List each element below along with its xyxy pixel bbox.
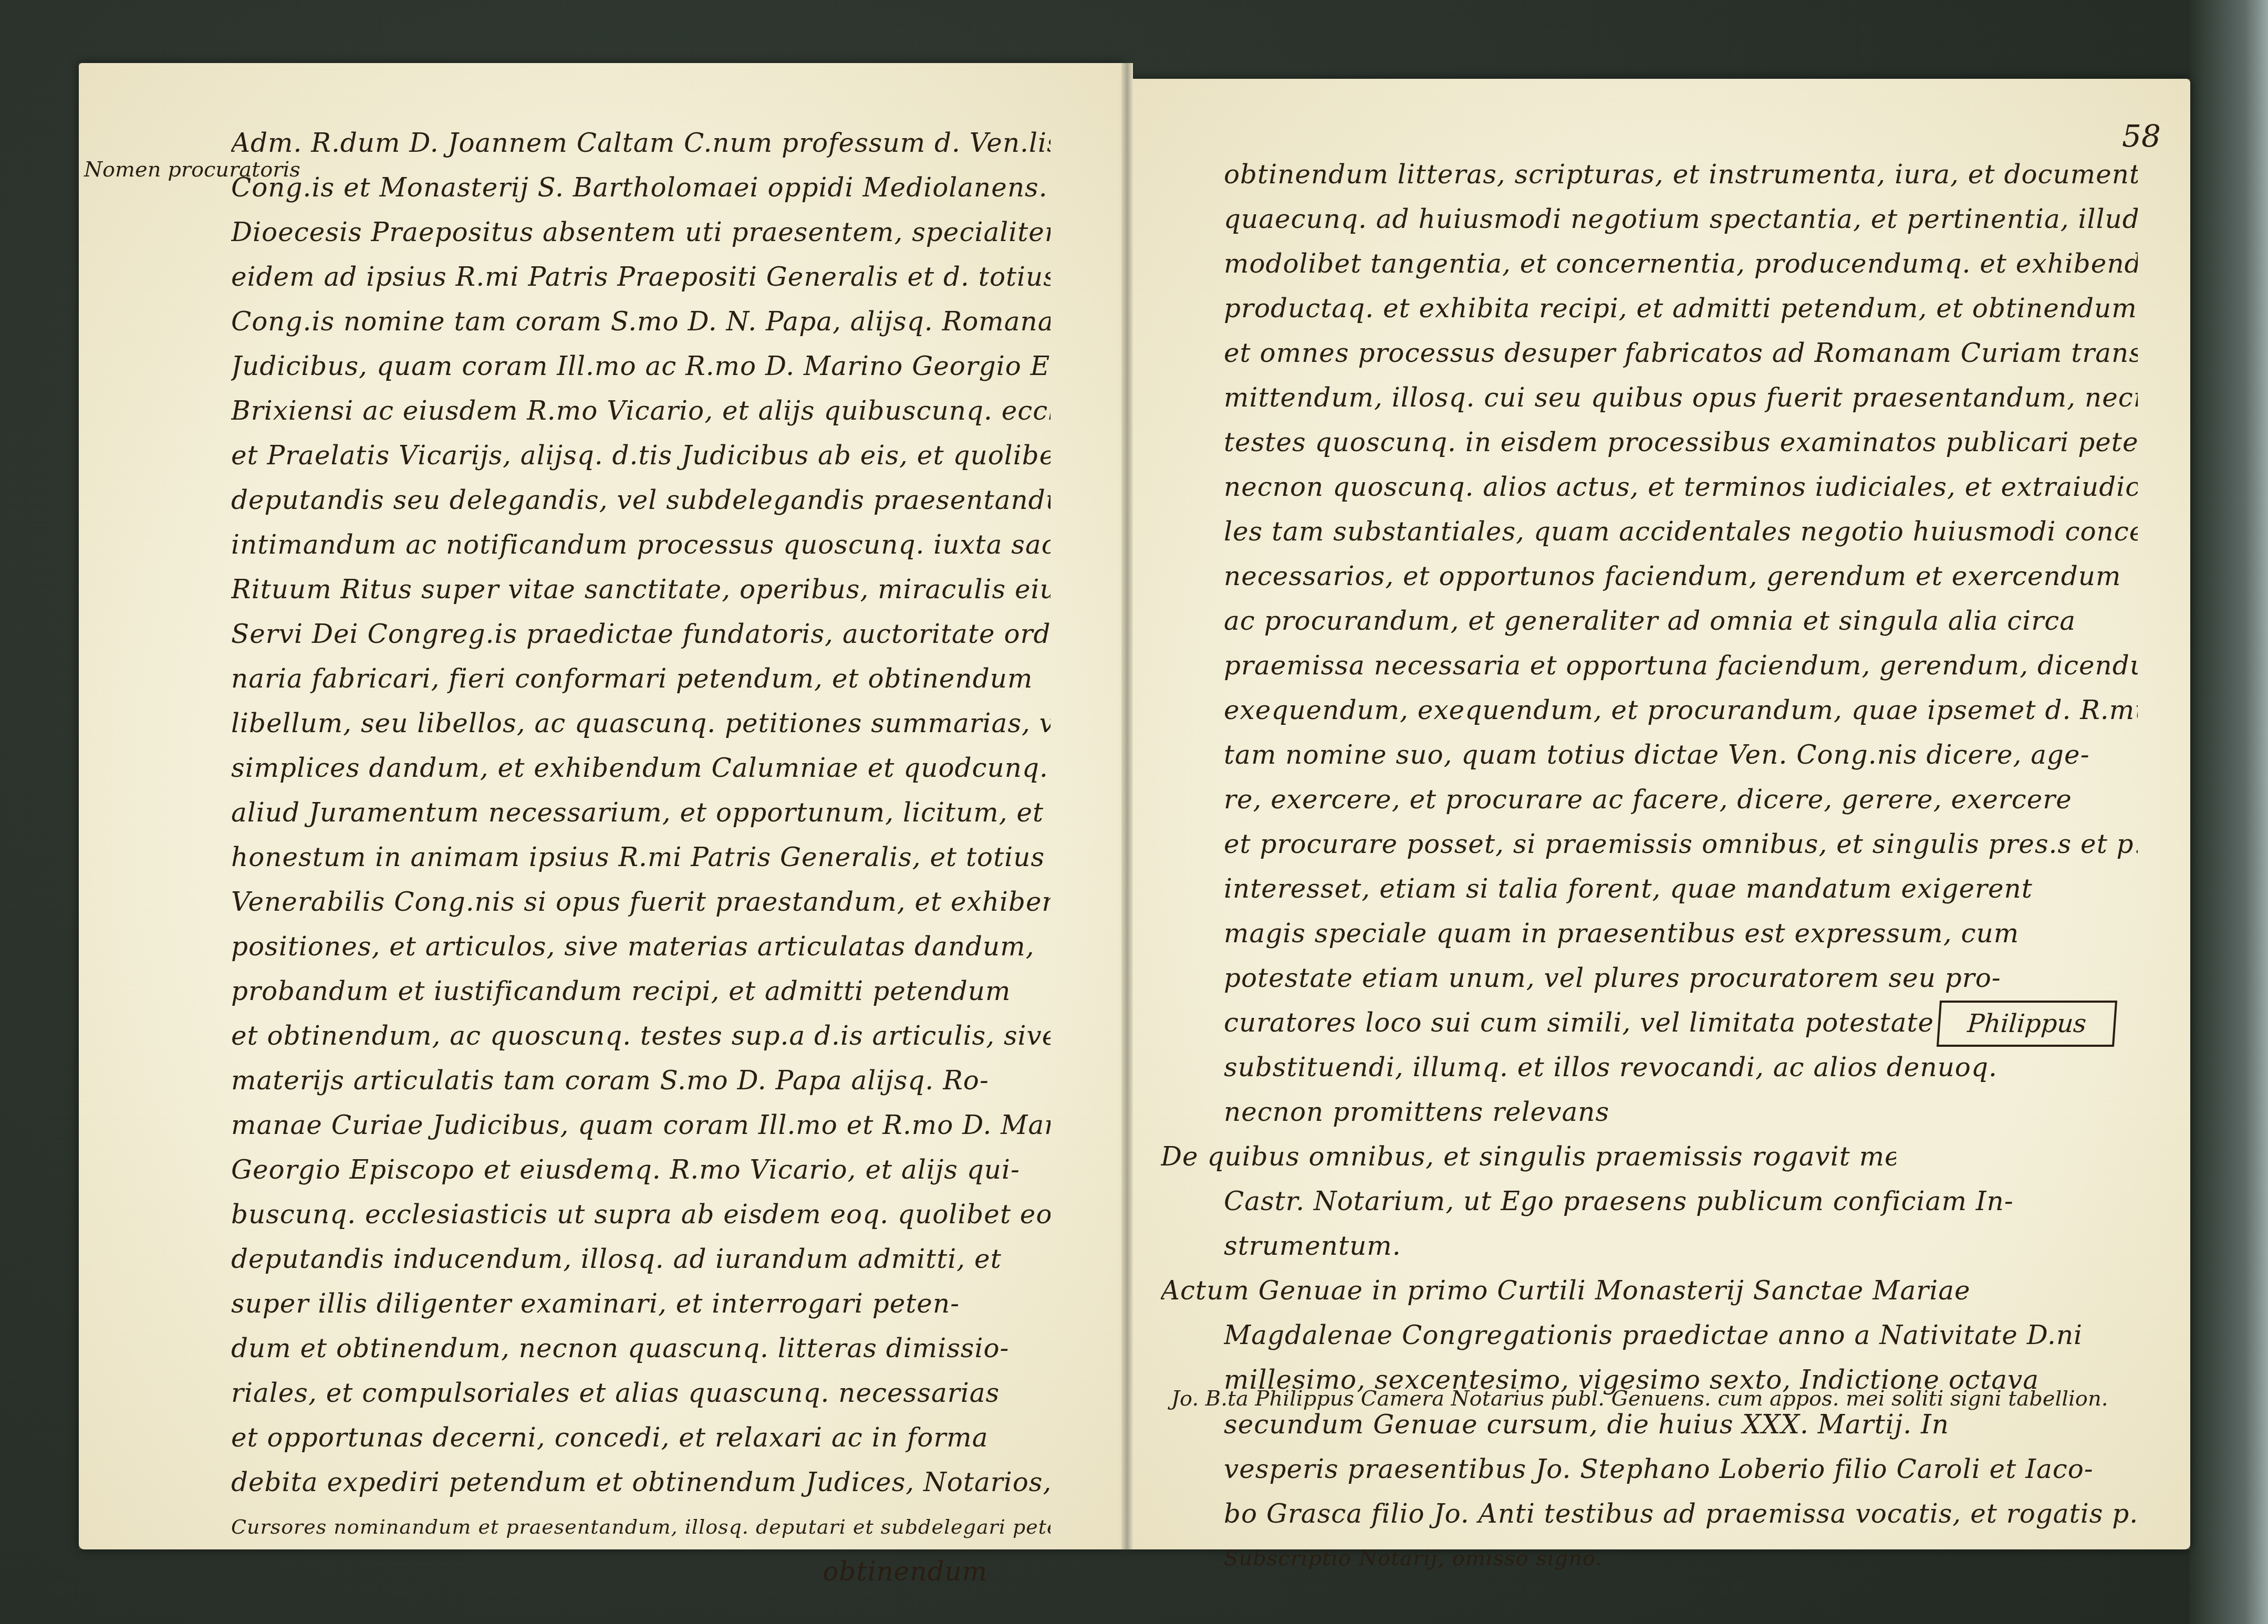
text-line: super illis diligenter examinari, et int… — [231, 1282, 1050, 1326]
text-line: necessarios, et opportunos faciendum, ge… — [1224, 554, 2138, 599]
text-line: productaq. et exhibita recipi, et admitt… — [1224, 286, 2138, 331]
text-line: Dioecesis Praepositus absentem uti praes… — [231, 210, 1050, 255]
text-line: et procurare posset, si praemissis omnib… — [1224, 822, 2138, 867]
text-line: intimandum ac notificandum processus quo… — [231, 523, 1050, 567]
text-line: re, exercere, et procurare ac facere, di… — [1224, 777, 2138, 822]
text-line: libellum, seu libellos, ac quascunq. pet… — [231, 701, 1050, 746]
text-line: Castr. Notarium, ut Ego praesens publicu… — [1224, 1179, 2138, 1224]
text-line: Subscriptio Notarij, omisso signo. — [1224, 1536, 2138, 1581]
right-page-text: obtinendum litteras, scripturas, et inst… — [1224, 152, 2138, 1581]
text-line: interesset, etiam si talia forent, quae … — [1224, 867, 2138, 911]
text-line: magis speciale quam in praesentibus est … — [1224, 911, 2138, 956]
text-line: et omnes processus desuper fabricatos ad… — [1224, 331, 2138, 376]
text-line: Actum Genuae in primo Curtili Monasterij… — [1161, 1268, 2138, 1313]
text-line: buscunq. ecclesiasticis ut supra ab eisd… — [231, 1192, 1050, 1237]
text-line: bo Grasca filio Jo. Anti testibus ad pra… — [1224, 1492, 2138, 1536]
text-line: Georgio Episcopo et eiusdemq. R.mo Vicar… — [231, 1148, 1050, 1192]
text-line: deputandis inducendum, illosq. ad iurand… — [231, 1237, 1050, 1282]
text-line: substituendi, illumq. et illos revocandi… — [1224, 1045, 2138, 1090]
text-line: et obtinendum, ac quoscunq. testes sup.a… — [231, 1014, 1050, 1058]
text-line: De quibus omnibus, et singulis praemissi… — [1161, 1134, 1896, 1179]
text-line: et opportunas decerni, concedi, et relax… — [231, 1415, 1050, 1460]
text-line: potestate etiam unum, vel plures procura… — [1224, 956, 2138, 1001]
text-line: Cong.is et Monasterij S. Bartholomaei op… — [231, 165, 1050, 210]
text-line: simplices dandum, et exhibendum Calumnia… — [231, 746, 1050, 790]
text-line: Cursores nominandum et praesentandum, il… — [231, 1505, 1050, 1549]
text-line: exequendum, exequendum, et procurandum, … — [1224, 688, 2138, 733]
text-line: obtinendum litteras, scripturas, et inst… — [1224, 152, 2138, 197]
text-line: Magdalenae Congregationis praedictae ann… — [1224, 1313, 2138, 1358]
text-line: necnon promittens relevans — [1224, 1090, 2138, 1134]
text-line: mittendum, illosq. cui seu quibus opus f… — [1224, 376, 2138, 420]
text-line: Cong.is nomine tam coram S.mo D. N. Papa… — [231, 299, 1050, 344]
text-line: Rituum Ritus super vitae sanctitate, ope… — [231, 567, 1050, 612]
left-page-text: Adm. R.dum D. Joannem Caltam C.num profe… — [231, 121, 1050, 1594]
text-line: Brixiensi ac eiusdem R.mo Vicario, et al… — [231, 389, 1050, 433]
text-line: dum et obtinendum, necnon quascunq. litt… — [231, 1326, 1050, 1371]
boxed-annotation: Philippus — [1937, 1001, 2117, 1047]
text-line: materijs articulatis tam coram S.mo D. P… — [231, 1058, 1050, 1103]
text-line: naria fabricari, fieri conformari petend… — [231, 657, 1050, 701]
book-spine — [1121, 63, 1133, 1549]
text-line: ac procurandum, et generaliter ad omnia … — [1224, 599, 2138, 643]
board-edge — [2189, 0, 2268, 1624]
text-line: probandum et iustificandum recipi, et ad… — [231, 969, 1050, 1014]
text-line: obtinendum — [231, 1549, 1050, 1594]
text-line: riales, et compulsoriales et alias quasc… — [231, 1371, 1050, 1415]
text-line: praemissa necessaria et opportuna facien… — [1224, 643, 2138, 688]
text-line: necnon quoscunq. alios actus, et termino… — [1224, 465, 2138, 509]
text-line: modolibet tangentia, et concernentia, pr… — [1224, 242, 2138, 286]
text-line: Judicibus, quam coram Ill.mo ac R.mo D. … — [231, 344, 1050, 389]
text-line: Venerabilis Cong.nis si opus fuerit prae… — [231, 880, 1050, 924]
text-line: aliud Juramentum necessarium, et opportu… — [231, 790, 1050, 835]
text-line: strumentum. — [1224, 1224, 2138, 1268]
text-line: debita expediri petendum et obtinendum J… — [231, 1460, 1050, 1505]
text-line: les tam substantiales, quam accidentales… — [1224, 509, 2138, 554]
text-line: eidem ad ipsius R.mi Patris Praepositi G… — [231, 255, 1050, 299]
text-line: et Praelatis Vicarijs, alijsq. d.tis Jud… — [231, 433, 1050, 478]
text-line: testes quoscunq. in eisdem processibus e… — [1224, 420, 2138, 465]
text-line: tam nomine suo, quam totius dictae Ven. … — [1224, 733, 2138, 777]
text-line: Servi Dei Congreg.is praedictae fundator… — [231, 612, 1050, 657]
text-line: vesperis praesentibus Jo. Stephano Lober… — [1224, 1447, 2138, 1492]
text-line: manae Curiae Judicibus, quam coram Ill.m… — [231, 1103, 1050, 1148]
text-line: Adm. R.dum D. Joannem Caltam C.num profe… — [231, 121, 1050, 165]
page-number: 58 — [2122, 118, 2161, 154]
text-line: positiones, et articulos, sive materias … — [231, 924, 1050, 969]
text-line: quaecunq. ad huiusmodi negotium spectant… — [1224, 197, 2138, 242]
notary-signature-line: Jo. B.ta Philippus Camera Notarius publ.… — [1171, 1387, 2108, 1411]
text-line: deputandis seu delegandis, vel subdelega… — [231, 478, 1050, 523]
text-line: honestum in animam ipsius R.mi Patris Ge… — [231, 835, 1050, 880]
